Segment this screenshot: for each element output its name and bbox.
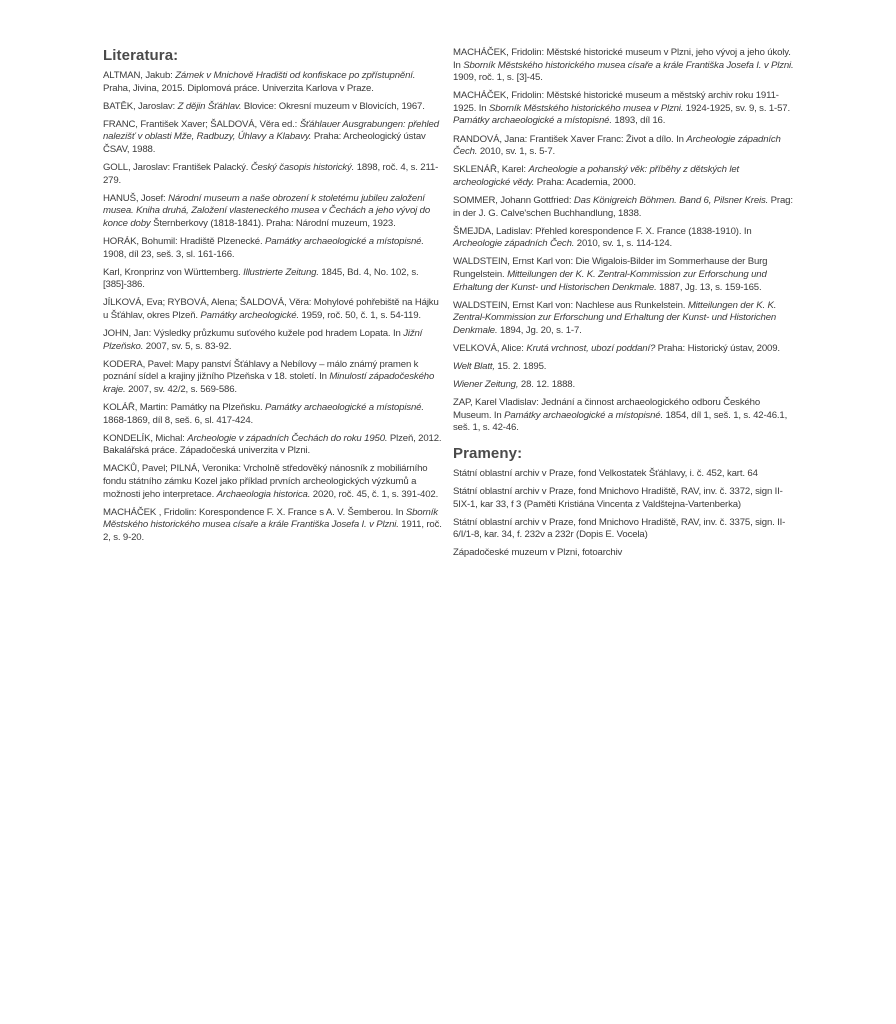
bibliography-entry: BATĚK, Jaroslav: Z dějin Šťáhlav. Blovic…: [103, 101, 443, 114]
bibliography-entry: KONDELÍK, Michal: Archeologie v západníc…: [103, 433, 443, 458]
entry-text: JOHN, Jan: Výsledky průzkumu suťového ku…: [103, 328, 403, 339]
entry-text: Blovice: Okresní muzeum v Blovicích, 196…: [241, 101, 424, 112]
entry-title: Český časopis historický.: [251, 162, 354, 173]
entry-text: 2010, sv. 1, s. 114-124.: [574, 238, 672, 249]
entry-text: SKLENÁŘ, Karel:: [453, 164, 528, 175]
entry-text: ŠMEJDA, Ladislav: Přehled korespondence …: [453, 226, 752, 237]
right-column: MACHÁČEK, Fridolin: Městské historické m…: [453, 47, 798, 566]
bibliography-entry: HORÁK, Bohumil: Hradiště Plzenecké. Pamá…: [103, 236, 443, 261]
bibliography-entry: ZAP, Karel Vladislav: Jednání a činnost …: [453, 397, 798, 435]
entry-text: RANDOVÁ, Jana: František Xaver Franc: Ži…: [453, 134, 686, 145]
entry-text: HORÁK, Bohumil: Hradiště Plzenecké.: [103, 236, 265, 247]
entry-title: Archaeologia historica.: [217, 489, 311, 500]
entry-title: Welt Blatt,: [453, 361, 495, 372]
entry-text: GOLL, Jaroslav: František Palacký.: [103, 162, 251, 173]
bibliography-entry: WALDSTEIN, Ernst Karl von: Die Wigalois-…: [453, 256, 798, 294]
source-entry: Státní oblastní archiv v Praze, fond Mni…: [453, 486, 798, 511]
literature-list-right: MACHÁČEK, Fridolin: Městské historické m…: [453, 47, 798, 435]
bibliography-entry: RANDOVÁ, Jana: František Xaver Franc: Ži…: [453, 134, 798, 159]
source-entry: Státní oblastní archiv v Praze, fond Vel…: [453, 468, 798, 481]
entry-title: Památky archaeologické a místopisné.: [453, 115, 612, 126]
entry-title: Památky archaeologické a místopisné.: [265, 402, 424, 413]
entry-text: 1893, díl 16.: [612, 115, 665, 126]
entry-text: 28. 12. 1888.: [518, 379, 575, 390]
entry-title: Zámek v Mnichově Hradišti od konfiskace …: [175, 70, 415, 81]
entry-text: MACHÁČEK , Fridolin: Korespondence F. X.…: [103, 507, 406, 518]
source-entry: Státní oblastní archiv v Praze, fond Mni…: [453, 517, 798, 542]
entry-title: Wiener Zeitung,: [453, 379, 518, 390]
entry-title: Sborník Městského historického musea v P…: [489, 103, 683, 114]
bibliography-entry: MACKŮ, Pavel; PILNÁ, Veronika: Vrcholně …: [103, 463, 443, 501]
sources-heading: Prameny:: [453, 445, 798, 463]
bibliography-entry: VELKOVÁ, Alice: Krutá vrchnost, ubozí po…: [453, 343, 798, 356]
entry-text: 2010, sv. 1, s. 5-7.: [477, 146, 555, 157]
bibliography-entry: WALDSTEIN, Ernst Karl von: Nachlese aus …: [453, 300, 798, 338]
entry-title: Krutá vrchnost, ubozí poddaní?: [526, 343, 655, 354]
bibliography-entry: KODERA, Pavel: Mapy panství Šťáhlavy a N…: [103, 359, 443, 397]
bibliography-entry: GOLL, Jaroslav: František Palacký. Český…: [103, 162, 443, 187]
literature-list-left: ALTMAN, Jakub: Zámek v Mnichově Hradišti…: [103, 70, 443, 545]
entry-text: 15. 2. 1895.: [495, 361, 546, 372]
entry-text: 1887, Jg. 13, s. 159-165.: [657, 282, 762, 293]
entry-text: KOLÁŘ, Martin: Památky na Plzeňsku.: [103, 402, 265, 413]
bibliography-entry: ALTMAN, Jakub: Zámek v Mnichově Hradišti…: [103, 70, 443, 95]
entry-text: Karl, Kronprinz von Württemberg.: [103, 267, 243, 278]
entry-title: Sborník Městského historického musea cís…: [463, 60, 793, 71]
entry-text: BATĚK, Jaroslav:: [103, 101, 178, 112]
bibliography-entry: MACHÁČEK , Fridolin: Korespondence F. X.…: [103, 507, 443, 545]
bibliography-entry: KOLÁŘ, Martin: Památky na Plzeňsku. Pamá…: [103, 402, 443, 427]
entry-text: 1908, díl 23, seš. 3, sl. 161-166.: [103, 249, 234, 260]
bibliography-entry: HANUŠ, Josef: Národní museum a naše obro…: [103, 193, 443, 231]
bibliography-entry: MACHÁČEK, Fridolin: Městské historické m…: [453, 90, 798, 128]
entry-text: 2007, sv. 42/2, s. 569-586.: [126, 384, 237, 395]
bibliography-entry: MACHÁČEK, Fridolin: Městské historické m…: [453, 47, 798, 85]
bibliography-entry: SKLENÁŘ, Karel: Archeologie a pohanský v…: [453, 164, 798, 189]
entry-text: 1924-1925, sv. 9, s. 1-57.: [683, 103, 790, 114]
entry-title: Archeologie v západních Čechách do roku …: [187, 433, 387, 444]
bibliography-entry: JÍLKOVÁ, Eva; RYBOVÁ, Alena; ŠALDOVÁ, Vě…: [103, 297, 443, 322]
entry-text: VELKOVÁ, Alice:: [453, 343, 526, 354]
entry-text: 1894, Jg. 20, s. 1-7.: [498, 325, 582, 336]
entry-text: HANUŠ, Josef:: [103, 193, 168, 204]
entry-title: Z dějin Šťáhlav.: [178, 101, 242, 112]
entry-text: Praha, Jivina, 2015. Diplomová práce. Un…: [103, 83, 374, 94]
entry-text: KONDELÍK, Michal:: [103, 433, 187, 444]
entry-title: Památky archaeologické a místopisné.: [265, 236, 424, 247]
entry-title: Památky archeologické.: [200, 310, 299, 321]
left-column: Literatura: ALTMAN, Jakub: Zámek v Mnich…: [103, 47, 443, 550]
entry-text: ALTMAN, Jakub:: [103, 70, 175, 81]
entry-title: Illustrierte Zeitung.: [243, 267, 319, 278]
sources-list: Státní oblastní archiv v Praze, fond Vel…: [453, 468, 798, 560]
entry-text: SOMMER, Johann Gottfried:: [453, 195, 574, 206]
bibliography-entry: Karl, Kronprinz von Württemberg. Illustr…: [103, 267, 443, 292]
source-entry: Západočeské muzeum v Plzni, fotoarchiv: [453, 547, 798, 560]
entry-text: 2007, sv. 5, s. 83-92.: [143, 341, 231, 352]
entry-text: Praha: Historický ústav, 2009.: [655, 343, 780, 354]
bibliography-entry: JOHN, Jan: Výsledky průzkumu suťového ku…: [103, 328, 443, 353]
entry-text: FRANC, František Xaver; ŠALDOVÁ, Věra ed…: [103, 119, 300, 130]
bibliography-entry: ŠMEJDA, Ladislav: Přehled korespondence …: [453, 226, 798, 251]
entry-text: 1868-1869, díl 8, seš. 6, sl. 417-424.: [103, 415, 253, 426]
bibliography-entry: Wiener Zeitung, 28. 12. 1888.: [453, 379, 798, 392]
bibliography-entry: SOMMER, Johann Gottfried: Das Königreich…: [453, 195, 798, 220]
entry-text: 1959, roč. 50, č. 1, s. 54-119.: [299, 310, 421, 321]
entry-text: 1909, roč. 1, s. [3]-45.: [453, 72, 543, 83]
bibliography-entry: FRANC, František Xaver; ŠALDOVÁ, Věra ed…: [103, 119, 443, 157]
entry-text: 2020, roč. 45, č. 1, s. 391-402.: [310, 489, 438, 500]
entry-title: Das Königreich Böhmen. Band 6, Pilsner K…: [574, 195, 768, 206]
entry-text: Šternberkovy (1818-1841). Praha: Národní…: [151, 218, 396, 229]
bibliography-entry: Welt Blatt, 15. 2. 1895.: [453, 361, 798, 374]
entry-text: Praha: Academia, 2000.: [534, 177, 636, 188]
entry-text: WALDSTEIN, Ernst Karl von: Nachlese aus …: [453, 300, 688, 311]
entry-title: Památky archaeologické a místopisné.: [504, 410, 663, 421]
literature-heading: Literatura:: [103, 47, 443, 65]
entry-title: Archeologie západních Čech.: [453, 238, 574, 249]
